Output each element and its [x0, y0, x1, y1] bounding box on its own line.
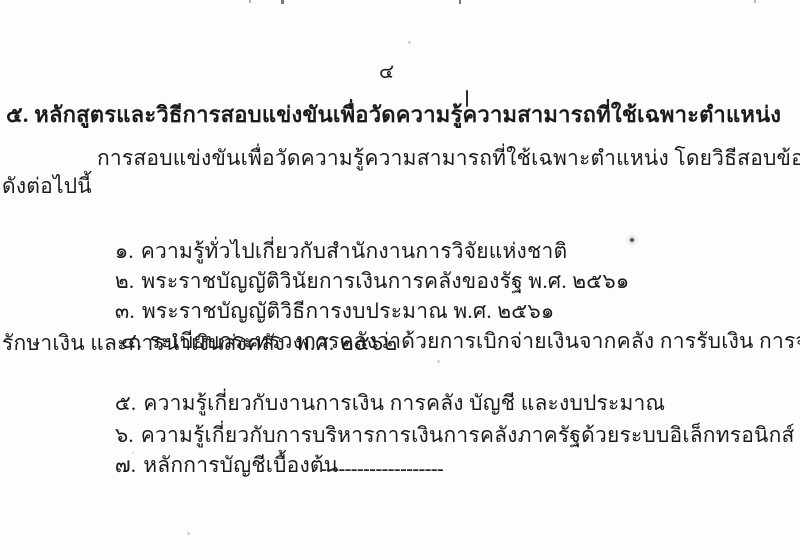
separator-dashes: --------------------	[320, 455, 443, 483]
item-number: ๗.	[115, 453, 136, 477]
scan-speck	[187, 532, 190, 535]
scan-speck	[437, 360, 440, 363]
section-heading: ๕. หลักสูตรและวิธีการสอบแข่งขันเพื่อวัดค…	[6, 101, 781, 129]
scan-artifact	[281, 0, 284, 4]
scan-artifact	[459, 0, 461, 4]
list-item-4-continuation: รักษาเงิน และการนำเงินส่งคลัง พ.ศ. ๒๕๖๒	[2, 329, 397, 357]
intro-paragraph-line: การสอบแข่งขันเพื่อวัดความรู้ความสามารถที…	[97, 144, 800, 172]
page-number: ๔	[379, 58, 394, 86]
item-text: หลักการบัญชีเบื้องต้น	[143, 453, 338, 477]
scanned-document-page: ๔ ๕. หลักสูตรและวิธีการสอบแข่งขันเพื่อวั…	[0, 0, 800, 560]
scan-speck	[408, 41, 411, 44]
scan-speck	[132, 452, 134, 454]
intro-paragraph-continuation: ดังต่อไปนี้	[2, 172, 92, 200]
list-item-7: ๗.หลักการบัญชีเบื้องต้น	[93, 423, 338, 507]
scan-artifact	[249, 0, 251, 3]
scan-speck	[630, 238, 634, 242]
scan-artifact	[754, 0, 756, 3]
